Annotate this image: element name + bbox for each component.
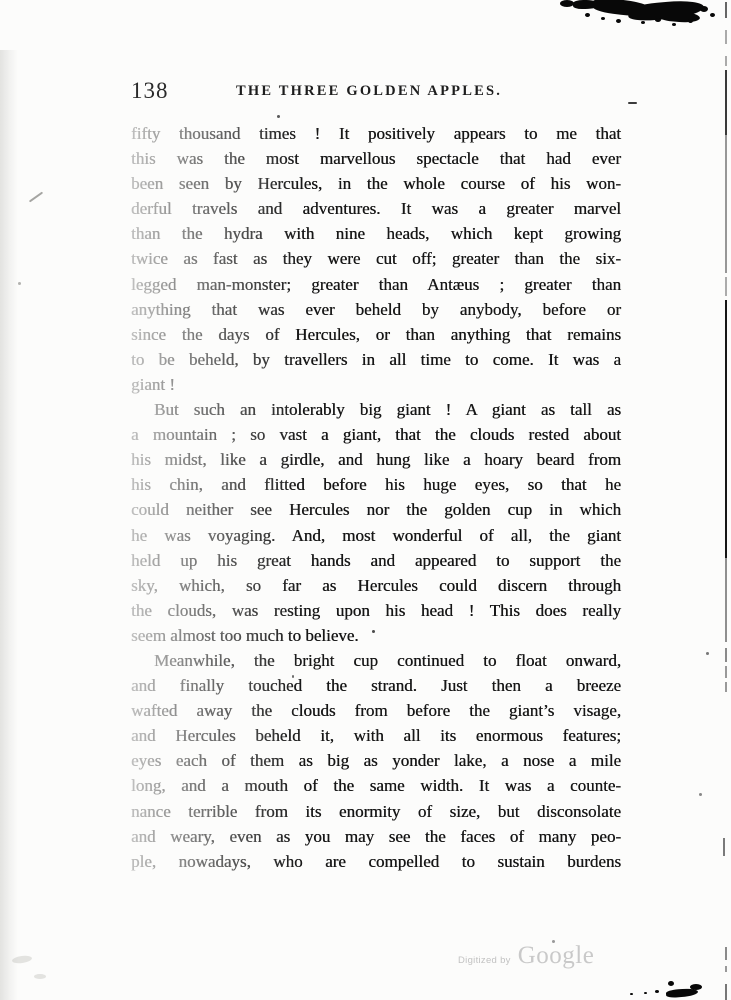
google-logo: Google: [518, 942, 595, 970]
speck-artifact: [18, 282, 21, 285]
body-line: seem almost too much to believe.: [131, 623, 621, 648]
body-line: the clouds, was resting upon his head ! …: [131, 598, 621, 623]
smudge-artifact: [34, 974, 46, 979]
body-line: long, and a mouth of the same width. It …: [131, 773, 621, 798]
body-line: anything that was ever beheld by anybody…: [131, 297, 621, 322]
body-line: to be beheld, by travellers in all time …: [131, 347, 621, 372]
body-line: giant !: [131, 372, 621, 397]
speck-artifact: [706, 652, 709, 655]
paragraph: But such an intolerably big giant ! A gi…: [131, 397, 621, 648]
body-line: But such an intolerably big giant ! A gi…: [131, 397, 621, 422]
running-header-title: THE THREE GOLDEN APPLES.: [131, 83, 607, 100]
body-line: this was the most marvellous spectacle t…: [131, 146, 621, 171]
body-line: twice as fast as they were cut off; grea…: [131, 246, 621, 271]
body-line: and finally touched the strand. Just the…: [131, 673, 621, 698]
body-line: since the days of Hercules, or than anyt…: [131, 322, 621, 347]
body-line: Meanwhile, the bright cup continued to f…: [131, 648, 621, 673]
body-line: eyes each of them as big as yonder lake,…: [131, 748, 621, 773]
speck-artifact: [372, 630, 375, 633]
digitized-by-label: Digitized by: [458, 955, 511, 966]
google-watermark: Digitized by Google: [458, 942, 594, 970]
speck-artifact: [292, 675, 294, 678]
body-line: a mountain ; so vast a giant, that the c…: [131, 422, 621, 447]
running-header: 138 THE THREE GOLDEN APPLES.: [131, 78, 621, 104]
body-line: legged man-monster; greater than Antæus …: [131, 272, 621, 297]
paragraph: Meanwhile, the bright cup continued to f…: [131, 648, 621, 874]
speck-artifact: [277, 115, 280, 118]
body-text: fifty thousand times ! It positively app…: [131, 121, 621, 874]
stray-dash-artifact: [628, 102, 637, 104]
body-line: nance terrible from its enormity of size…: [131, 799, 621, 824]
body-line: been seen by Hercules, in the whole cour…: [131, 171, 621, 196]
body-line: and weary, even as you may see the faces…: [131, 824, 621, 849]
pencil-mark-artifact: [29, 192, 43, 203]
body-line: his chin, and flitted before his huge ey…: [131, 472, 621, 497]
paragraph: fifty thousand times ! It positively app…: [131, 121, 621, 397]
body-line: ple, nowadays, who are compelled to sust…: [131, 849, 621, 874]
body-line: sky, which, so far as Hercules could dis…: [131, 573, 621, 598]
gutter-shadow: [0, 50, 18, 1000]
body-line: fifty thousand times ! It positively app…: [131, 121, 621, 146]
speck-artifact: [699, 793, 702, 796]
body-line: than the hydra with nine heads, which ke…: [131, 221, 621, 246]
body-line: could neither see Hercules nor the golde…: [131, 497, 621, 522]
body-line: derful travels and adventures. It was a …: [131, 196, 621, 221]
scanned-book-page: 138 THE THREE GOLDEN APPLES. fifty thous…: [0, 0, 731, 1000]
body-line: and Hercules beheld it, with all its eno…: [131, 723, 621, 748]
body-line: held up his great hands and appeared to …: [131, 548, 621, 573]
body-line: his midst, like a girdle, and hung like …: [131, 447, 621, 472]
body-line: he was voyaging. And, most wonderful of …: [131, 523, 621, 548]
body-line: wafted away the clouds from before the g…: [131, 698, 621, 723]
